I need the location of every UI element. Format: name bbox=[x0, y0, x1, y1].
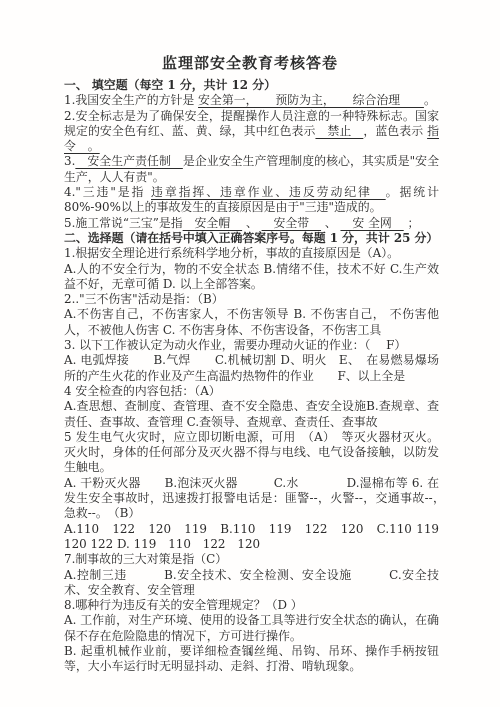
exam-content: 一、 填空题（每空 1 分，共计 12 分）1.我国安全生产的方针是 安全第一，… bbox=[64, 78, 439, 675]
fill-in-answer: 禁止 bbox=[315, 124, 363, 138]
text-run: ，蓝色表示 bbox=[363, 124, 427, 138]
page-title: 监理部安全教育考核答卷 bbox=[0, 52, 500, 73]
text-run: 。 bbox=[424, 93, 436, 107]
fill-question-5: 5.施工常说“三宝”是指 安全帽 、 安全带 、 安 全网 ； bbox=[64, 216, 439, 231]
text-run: 、 bbox=[321, 216, 340, 230]
fill-question-2: 2.安全标志是为了确保安全，提醒操作人员注意的一种特殊标志。国家规定的安全色有红… bbox=[64, 109, 439, 155]
choice-options-3: A. 电弧焊接 B.气焊 C.机械切割 D、明火 E、 在易燃易爆场所的产生火花… bbox=[64, 353, 439, 384]
fill-in-answer: 违章指挥、违章作业、违反劳动纪律 bbox=[151, 185, 386, 199]
choice-options-2: A.不伤害自己，不伤害家人，不伤害领导 B. 不伤害自己， 不伤害他人，不被他人… bbox=[64, 307, 439, 338]
text-run: A.110 122 120 119 B.110 119 122 120 C.11… bbox=[64, 522, 439, 551]
choice-options-1: A.人的不安全行为，物的不安全状态 B.情绪不佳，技术不好 C.生产效益不好，无… bbox=[64, 262, 439, 293]
fill-question-3: 3. 安全生产责任制 是企业安全生产管理制度的核心，其实质是"安全生产，人人有责… bbox=[64, 154, 439, 185]
text-run: A. 电弧焊接 B.气焊 C.机械切割 D、明火 E、 在易燃易爆场所的产生火花… bbox=[64, 353, 439, 382]
choice-options-6: A.110 122 120 119 B.110 119 122 120 C.11… bbox=[64, 522, 439, 553]
text-run: 7.制事故的三大对策是指（C） bbox=[64, 552, 227, 566]
choice-question-1: 1.根据安全理论进行系统科学地分析，事故的直接原因是（A）。 bbox=[64, 246, 439, 261]
fill-in-answer: 安全第一， 预防为主， 综合治理 bbox=[198, 93, 424, 107]
section-heading-1: 一、 填空题（每空 1 分，共计 12 分） bbox=[64, 78, 439, 93]
text-run: 5.施工常说“三宝”是指 bbox=[64, 216, 183, 230]
section-heading-2: 二、选择题（请在括号中填入正确答案序号。每题 1 分，共计 25 分） bbox=[64, 231, 439, 246]
page-number: 1 bbox=[0, 647, 500, 658]
text-run: ； bbox=[404, 216, 420, 230]
choice-question-8: 8.哪种行为违反有关的安全管理规定？（D ） bbox=[64, 598, 439, 613]
choice-question-3: 3. 以下工作被认定为动火作业，需要办理动火证的作业：（ F） bbox=[64, 338, 439, 353]
exam-page: 监理部安全教育考核答卷 一、 填空题（每空 1 分，共计 12 分）1.我国安全… bbox=[0, 0, 500, 707]
text-run: 1.根据安全理论进行系统科学地分析，事故的直接原因是（A）。 bbox=[64, 246, 399, 260]
choice-8-option-a: A. 工作前，对生产环境、使用的设备工具等进行安全状态的确认，在确保不存在危险隐… bbox=[64, 613, 439, 644]
fill-in-answer: 安全带 bbox=[262, 216, 321, 230]
text-run: 1.我国安全生产的方针是 bbox=[64, 93, 198, 107]
choice-options-4: A.查思想、查制度、查管理、查不安全隐患、查安全设施B.查规章、查责任、查事故、… bbox=[64, 399, 439, 430]
text-run: A.查思想、查制度、查管理、查不安全隐患、查安全设施B.查规章、查责任、查事故、… bbox=[64, 399, 439, 428]
choice-options-7: A.控制三违 B.安全技术、安全检测、安全设施 C.安全技术、安全教育、安全管理 bbox=[64, 568, 439, 599]
text-run: 3. 以下工作被认定为动火作业，需要办理动火证的作业：（ F） bbox=[64, 338, 406, 352]
text-run: A.人的不安全行为，物的不安全状态 B.情绪不佳，技术不好 C.生产效益不好，无… bbox=[64, 262, 439, 291]
text-run: 2.."三不伤害"活动是指：（B） bbox=[64, 292, 224, 306]
choice-question-5: 5 发生电气火灾时，应立即切断电源，可用 （A） 等灭火器材灭火。灭火时，身体的… bbox=[64, 430, 439, 476]
choice-question-2: 2.."三不伤害"活动是指：（B） bbox=[64, 292, 439, 307]
fill-in-answer: 安全生产责任制 bbox=[75, 154, 182, 168]
text-run: A. 工作前，对生产环境、使用的设备工具等进行安全状态的确认，在确保不存在危险隐… bbox=[64, 613, 439, 642]
text-run: 8.哪种行为违反有关的安全管理规定？（D ） bbox=[64, 598, 303, 612]
fill-question-4: 4."三违"是指 违章指挥、违章作业、违反劳动纪律 。据统计80%-90%以上的… bbox=[64, 185, 439, 216]
fill-in-answer: 安 全网 bbox=[340, 216, 403, 230]
fill-question-1: 1.我国安全生产的方针是 安全第一， 预防为主， 综合治理 。 bbox=[64, 93, 439, 108]
text-run: A. 干粉灭火器 B.泡沫灭火器 C.水 D.湿棉布等 6. 在发生安全事故时，… bbox=[64, 476, 451, 521]
text-run: A.不伤害自己，不伤害家人，不伤害领导 B. 不伤害自己， 不伤害他人，不被他人… bbox=[64, 307, 439, 336]
choice-question-7: 7.制事故的三大对策是指（C） bbox=[64, 552, 439, 567]
fill-in-answer: 安全帽 bbox=[183, 216, 242, 230]
text-run: 、 bbox=[242, 216, 261, 230]
text-run: 5 发生电气火灾时，应立即切断电源，可用 （A） 等灭火器材灭火。灭火时，身体的… bbox=[64, 430, 439, 475]
choice-question-4: 4 安全检查的内容包括：（A） bbox=[64, 384, 439, 399]
text-run: 3. bbox=[64, 154, 75, 168]
text-run: A.控制三违 B.安全技术、安全检测、安全设施 C.安全技术、安全教育、安全管理 bbox=[64, 568, 439, 597]
text-run: 4."三违"是指 bbox=[64, 185, 151, 199]
choice-options-5-and-question-6: A. 干粉灭火器 B.泡沫灭火器 C.水 D.湿棉布等 6. 在发生安全事故时，… bbox=[64, 476, 439, 522]
text-run: 4 安全检查的内容包括：（A） bbox=[64, 384, 221, 398]
